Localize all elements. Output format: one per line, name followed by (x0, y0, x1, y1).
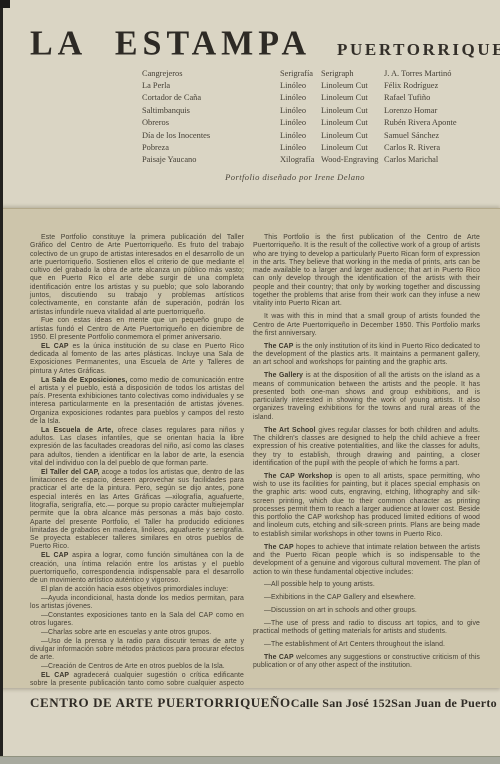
paragraph: EL CAP aspira a lograr, como función sim… (30, 552, 244, 585)
paragraph: The CAP welcomes any suggestions or cons… (253, 654, 480, 671)
spanish-column: Este Portfolio constituye la primera pub… (30, 234, 244, 688)
title-main: LA ESTAMPA (30, 24, 311, 64)
paragraph-text: It was with this in mind that a small gr… (253, 313, 480, 337)
work-medium-spanish: Linóleo (280, 118, 321, 127)
paragraph: —Uso de la prensa y la radio para discut… (30, 638, 244, 663)
paragraph: —Creación de Centros de Arte en otros pu… (30, 663, 244, 671)
paragraph-text: —The establishment of Art Centers throug… (264, 641, 445, 648)
paragraph: —Ayuda incondicional, hasta donde los me… (30, 595, 244, 612)
paragraph: Este Portfolio constituye la primera pub… (30, 234, 244, 317)
paragraph-lead: EL CAP (41, 552, 68, 559)
work-artist: Rubén Rivera Aponte (384, 118, 488, 127)
paragraph: La Escuela de Arte, ofrece clases regula… (30, 427, 244, 468)
work-medium-english: Linoleum Cut (321, 106, 384, 115)
work-medium-english: Wood-Engraving (321, 155, 384, 164)
paragraph-text: —The use of press and radio to discuss a… (253, 620, 480, 635)
paragraph-lead: The Art School (264, 427, 316, 434)
table-row: Pobreza Linóleo Linoleum Cut Carlos R. R… (142, 141, 488, 153)
table-row: Obreros Linóleo Linoleum Cut Rubén River… (142, 117, 488, 129)
work-medium-spanish: Linóleo (280, 93, 321, 102)
work-medium-spanish: Linóleo (280, 143, 321, 152)
insert-sheet: Este Portfolio constituye la primera pub… (0, 208, 500, 688)
paragraph: EL CAP es la única institución de su cla… (30, 343, 244, 376)
paragraph-lead: The CAP Workshop (264, 473, 332, 480)
paragraph-lead: EL CAP (41, 672, 69, 679)
footer-city: San Juan de Puerto Rico (391, 696, 500, 711)
paragraph-text: acoge a todos los artistas que, dentro d… (30, 469, 244, 551)
footer-organization: CENTRO DE ARTE PUERTORRIQUEÑO (30, 695, 291, 711)
paragraph-text: —Ayuda incondicional, hasta donde los me… (30, 595, 244, 610)
photo-edge-left (0, 0, 3, 764)
paragraph-text: —Discussion on art in schools and other … (264, 607, 417, 614)
paragraph: —Charlas sobre arte en escuelas y ante o… (30, 629, 244, 637)
paragraph-text: —Exhibitions in the CAP Gallery and else… (264, 594, 416, 601)
work-artist: Samuel Sánchez (384, 131, 488, 140)
work-artist: Félix Rodríguez (384, 81, 488, 90)
paragraph: —All possible help to young artists. (253, 581, 480, 589)
paragraph: The Gallery is at the disposition of all… (253, 372, 480, 422)
paragraph: The CAP is the only institution of its k… (253, 343, 480, 368)
paragraph: The CAP hopes to achieve that intimate r… (253, 544, 480, 577)
paragraph: —Discussion on art in schools and other … (253, 607, 480, 615)
footer: CENTRO DE ARTE PUERTORRIQUEÑO Calle San … (30, 695, 482, 711)
table-row: Día de los Inocentes Linóleo Linoleum Cu… (142, 129, 488, 141)
footer-address: Calle San José 152 (291, 696, 391, 711)
title-sub: PUERTORRIQUEÑA (337, 40, 500, 60)
english-column: This Portfolio is the first publication … (253, 234, 480, 688)
paragraph: El Taller del CAP, acoge a todos los art… (30, 469, 244, 552)
work-artist: Lorenzo Homar (384, 106, 488, 115)
paragraph: Fue con estas ideas en mente que un pequ… (30, 317, 244, 342)
work-artist: Carlos Marichal (384, 155, 488, 164)
paragraph-lead: La Sala de Exposiciones, (41, 377, 127, 384)
paragraph-lead: El Taller del CAP, (41, 469, 99, 476)
work-title: Cortador de Caña (142, 93, 280, 102)
work-artist: J. A. Torres Martinó (384, 69, 488, 78)
work-medium-spanish: Xilografía (280, 155, 321, 164)
portfolio-cover-page: LA ESTAMPA PUERTORRIQUEÑA Cangrejeros Se… (0, 0, 500, 764)
work-medium-spanish: Serigrafía (280, 69, 321, 78)
paragraph-lead: EL CAP (41, 343, 69, 350)
work-title: Saltimbanquis (142, 106, 280, 115)
paragraph-lead: The CAP (264, 544, 294, 551)
work-title: Obreros (142, 118, 280, 127)
work-title: Paisaje Yaucano (142, 155, 280, 164)
paragraph-text: is at the disposition of all the artists… (253, 372, 480, 420)
paragraph: The CAP Workshop is open to all artists,… (253, 473, 480, 539)
table-row: Saltimbanquis Linóleo Linoleum Cut Loren… (142, 104, 488, 116)
works-table: Cangrejeros Serigrafía Serigraph J. A. T… (142, 67, 488, 166)
table-row: Cangrejeros Serigrafía Serigraph J. A. T… (142, 67, 488, 79)
designer-credit: Portfolio diseñado por Irene Delano (140, 172, 450, 182)
paragraph-text: is open to all artists, space permitting… (253, 473, 480, 538)
work-title: Pobreza (142, 143, 280, 152)
paragraph: —Constantes exposiciones tanto en la Sal… (30, 612, 244, 629)
work-medium-english: Linoleum Cut (321, 143, 384, 152)
body-columns: Este Portfolio constituye la primera pub… (0, 209, 500, 688)
work-medium-english: Linoleum Cut (321, 131, 384, 140)
work-medium-spanish: Linóleo (280, 106, 321, 115)
paragraph: —The establishment of Art Centers throug… (253, 641, 480, 649)
work-title: La Perla (142, 81, 280, 90)
work-title: Cangrejeros (142, 69, 280, 78)
table-row: La Perla Linóleo Linoleum Cut Félix Rodr… (142, 79, 488, 91)
paragraph-text: Este Portfolio constituye la primera pub… (30, 234, 244, 316)
paragraph-text: —Constantes exposiciones tanto en la Sal… (30, 612, 244, 627)
paragraph-text: El plan de acción hacia esos objetivos p… (41, 586, 228, 593)
work-medium-english: Linoleum Cut (321, 118, 384, 127)
paragraph-text: This Portfolio is the first publication … (253, 234, 480, 307)
work-medium-spanish: Linóleo (280, 131, 321, 140)
work-medium-english: Linoleum Cut (321, 81, 384, 90)
paragraph-lead: La Escuela de Arte, (41, 427, 113, 434)
paragraph-text: Fue con estas ideas en mente que un pequ… (30, 317, 244, 341)
paragraph-text: —Creación de Centros de Arte en otros pu… (41, 663, 225, 670)
table-row: Cortador de Caña Linóleo Linoleum Cut Ra… (142, 92, 488, 104)
paragraph: El plan de acción hacia esos objetivos p… (30, 586, 244, 594)
table-row: Paisaje Yaucano Xilografía Wood-Engravin… (142, 154, 488, 166)
work-title: Día de los Inocentes (142, 131, 280, 140)
paragraph: —The use of press and radio to discuss a… (253, 620, 480, 637)
paragraph-text: —Charlas sobre arte en escuelas y ante o… (41, 629, 211, 636)
paragraph: It was with this in mind that a small gr… (253, 313, 480, 338)
paragraph: EL CAP agradecerá cualquier sugestión o … (30, 672, 244, 688)
paragraph-text: —All possible help to young artists. (264, 581, 375, 588)
paragraph: This Portfolio is the first publication … (253, 234, 480, 309)
work-artist: Rafael Tufiño (384, 93, 488, 102)
paragraph-lead: The CAP (264, 654, 294, 661)
paragraph: —Exhibitions in the CAP Gallery and else… (253, 594, 480, 602)
photo-edge-bottom (0, 756, 500, 764)
work-artist: Carlos R. Rivera (384, 143, 488, 152)
work-medium-english: Serigraph (321, 69, 384, 78)
work-medium-spanish: Linóleo (280, 81, 321, 90)
photo-edge-corner (0, 0, 10, 8)
paragraph-lead: The Gallery (264, 372, 303, 379)
paragraph-text: —Uso de la prensa y la radio para discut… (30, 638, 244, 662)
paragraph: La Sala de Exposiciones, como medio de c… (30, 377, 244, 427)
paragraph: The Art School gives regular classes for… (253, 427, 480, 468)
page-title: LA ESTAMPA PUERTORRIQUEÑA (30, 26, 500, 64)
work-medium-english: Linoleum Cut (321, 93, 384, 102)
paragraph-lead: The CAP (264, 343, 293, 350)
